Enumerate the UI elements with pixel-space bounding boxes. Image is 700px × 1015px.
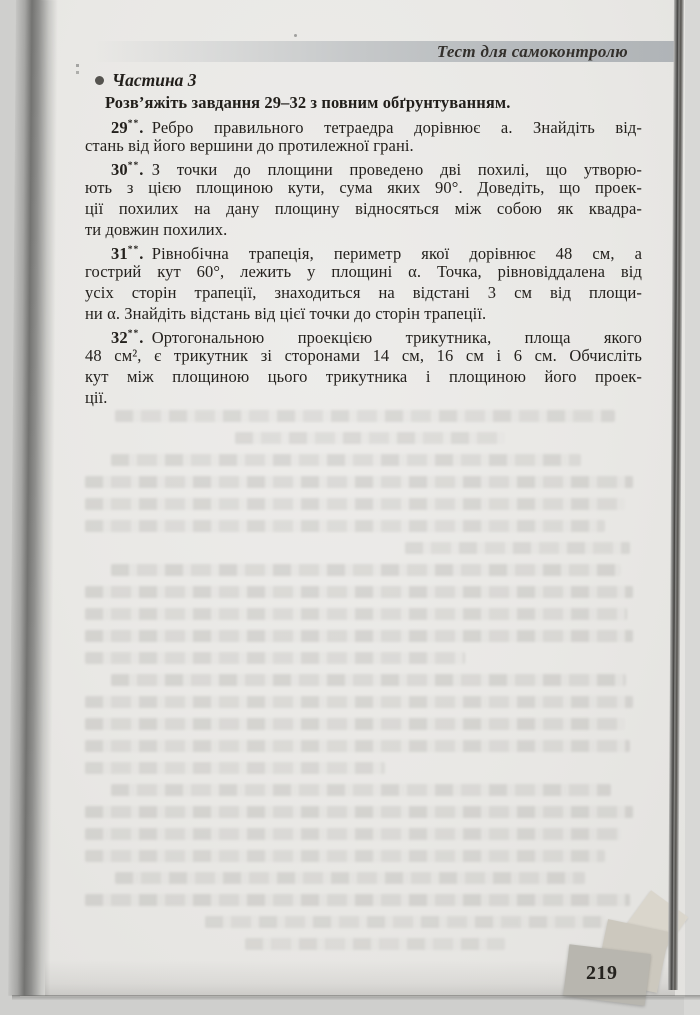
bleedthrough-line bbox=[85, 652, 465, 664]
running-head-bar: Тест для самоконтролю bbox=[92, 41, 678, 62]
problem-line: ції похилих на дану площину відносяться … bbox=[85, 198, 642, 219]
problem-line: стань від його вершини до протилежної гр… bbox=[85, 135, 642, 156]
problem-32: 32**. Ортогональною проекцією трикутника… bbox=[85, 324, 642, 408]
section-title: Частина 3 bbox=[112, 70, 197, 91]
problem-line: 32**. Ортогональною проекцією трикутника… bbox=[85, 324, 642, 345]
bleedthrough-line bbox=[85, 476, 633, 488]
bleedthrough-line bbox=[115, 872, 585, 884]
bleedthrough-line bbox=[85, 806, 633, 818]
bleedthrough-line bbox=[205, 916, 605, 928]
problem-29: 29**. Ребро правильного тетраедра дорівн… bbox=[85, 114, 642, 156]
stray-mark bbox=[76, 64, 79, 80]
bleedthrough-line bbox=[115, 410, 615, 422]
running-head-title: Тест для самоконтролю bbox=[437, 42, 628, 62]
bleedthrough-line bbox=[85, 498, 625, 510]
instruction-text: Розв’яжіть завдання 29–32 з повним обґру… bbox=[85, 92, 642, 113]
problem-line: ни α. Знайдіть відстань від цієї точки д… bbox=[85, 303, 642, 324]
bleedthrough-line bbox=[85, 894, 630, 906]
section-heading: Частина 3 bbox=[95, 70, 197, 91]
problem-line: кут між площиною цього трикутника і площ… bbox=[85, 366, 642, 387]
problem-31: 31**. Рівнобічна трапеція, периметр якої… bbox=[85, 240, 642, 324]
bleedthrough-line bbox=[111, 564, 621, 576]
problem-line: гострий кут 60°, лежить у площині α. Точ… bbox=[85, 261, 642, 282]
bleedthrough-line bbox=[85, 740, 630, 752]
problems-block: 29**. Ребро правильного тетраедра дорівн… bbox=[85, 114, 642, 408]
scanned-textbook-page: Тест для самоконтролю Частина 3 Розв’яжі… bbox=[0, 0, 700, 1015]
bleedthrough-line bbox=[85, 828, 620, 840]
scan-background-right bbox=[684, 0, 700, 1015]
problem-line: 30**. З точки до площини проведено дві п… bbox=[85, 156, 642, 177]
bleedthrough-line bbox=[85, 762, 385, 774]
problem-line: ції. bbox=[85, 387, 642, 408]
bleedthrough-text bbox=[85, 410, 642, 970]
problem-30: 30**. З точки до площини проведено дві п… bbox=[85, 156, 642, 240]
problem-line: ти довжин похилих. bbox=[85, 219, 642, 240]
bullet-icon bbox=[95, 76, 104, 85]
bleedthrough-line bbox=[85, 718, 625, 730]
bleedthrough-line bbox=[85, 630, 633, 642]
page-bottom-edge bbox=[12, 995, 700, 1000]
bleedthrough-line bbox=[111, 674, 626, 686]
bleedthrough-line bbox=[85, 850, 605, 862]
dust-speck bbox=[294, 34, 297, 37]
bleedthrough-line bbox=[235, 432, 505, 444]
bleedthrough-line bbox=[111, 784, 611, 796]
problem-line: 48 см², є трикутник зі сторонами 14 см, … bbox=[85, 345, 642, 366]
bleedthrough-line bbox=[111, 454, 581, 466]
bleedthrough-line bbox=[85, 696, 633, 708]
bleedthrough-line bbox=[245, 938, 505, 950]
bleedthrough-line bbox=[405, 542, 630, 554]
bleedthrough-line bbox=[85, 586, 633, 598]
problem-line: ють з цією площиною кути, сума яких 90°.… bbox=[85, 177, 642, 198]
problem-line: усіх сторін трапеції, знаходиться на від… bbox=[85, 282, 642, 303]
problem-line: 29**. Ребро правильного тетраедра дорівн… bbox=[85, 114, 642, 135]
problem-line: 31**. Рівнобічна трапеція, периметр якої… bbox=[85, 240, 642, 261]
page-curl-shadow bbox=[8, 0, 58, 996]
bleedthrough-line bbox=[85, 608, 627, 620]
bleedthrough-line bbox=[85, 520, 605, 532]
page-number: 219 bbox=[566, 962, 618, 985]
